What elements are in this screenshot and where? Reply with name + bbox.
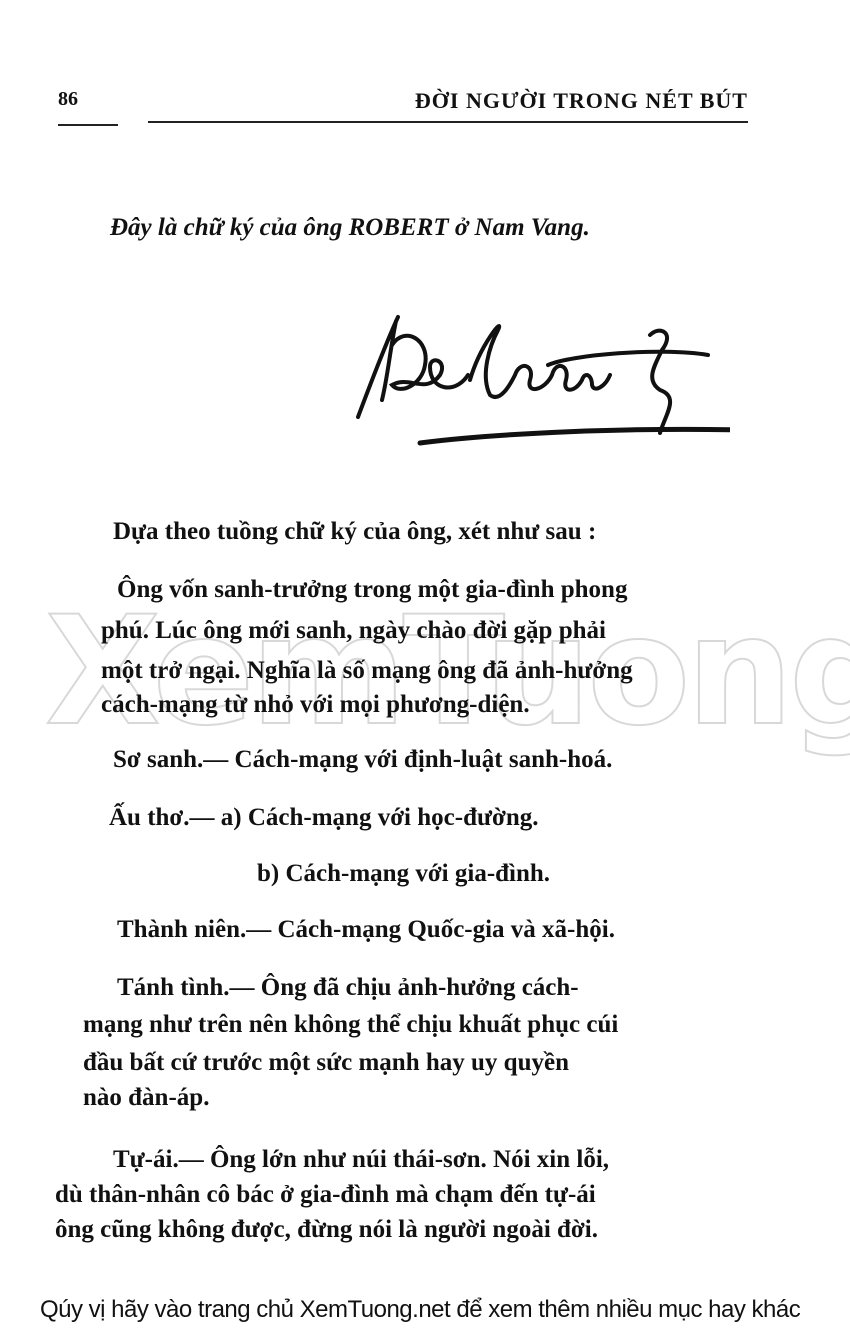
signature-image [330,305,730,455]
so-sanh-line: Sơ sanh.— Cách-mạng với định-luật sanh-h… [113,740,612,780]
para1-line-4: cách-mạng từ nhỏ với mọi phương-diện. [101,685,530,725]
tanh-tinh-line-2: mạng như trên nên không thể chịu khuất p… [83,1005,618,1045]
signature-caption: Đây là chữ ký của ông ROBERT ở Nam Vang. [110,214,590,242]
header-rule [148,121,748,123]
tanh-tinh-line-3: đầu bất cứ trước một sức mạnh hay uy quy… [83,1043,569,1083]
running-title: ĐỜI NGƯỜI TRONG NÉT BÚT [415,88,748,114]
scanned-book-page: 86 ĐỜI NGƯỜI TRONG NÉT BÚT Đây là chữ ký… [0,0,850,1336]
thanh-nien-line: Thành niên.— Cách-mạng Quốc-gia và xã-hộ… [117,910,615,950]
site-footer-note: Qúy vị hãy vào trang chủ XemTuong.net để… [40,1296,800,1324]
page-header: 86 ĐỜI NGƯỜI TRONG NÉT BÚT [58,88,748,132]
au-tho-b-line: b) Cách-mạng với gia-đình. [257,854,550,894]
au-tho-a-line: Ấu thơ.— a) Cách-mạng với học-đường. [109,798,538,838]
para1-line-1: Ông vốn sanh-trưởng trong một gia-đình p… [117,570,627,610]
tu-ai-line-1: Tự-ái.— Ông lớn như núi thái-sơn. Nói xi… [113,1140,609,1180]
tu-ai-line-2: dù thân-nhân cô bác ở gia-đình mà chạm đ… [55,1175,596,1215]
header-rule-left [58,124,118,126]
intro-line: Dựa theo tuồng chữ ký của ông, xét như s… [113,512,596,552]
tanh-tinh-line-1: Tánh tình.— Ông đã chịu ảnh-hưởng cách- [117,968,579,1008]
page-number: 86 [58,88,78,111]
tanh-tinh-line-4: nào đàn-áp. [83,1078,209,1118]
tu-ai-line-3: ông cũng không được, đừng nói là người n… [55,1210,598,1250]
para1-line-2: phú. Lúc ông mới sanh, ngày chào đời gặp… [101,611,606,651]
